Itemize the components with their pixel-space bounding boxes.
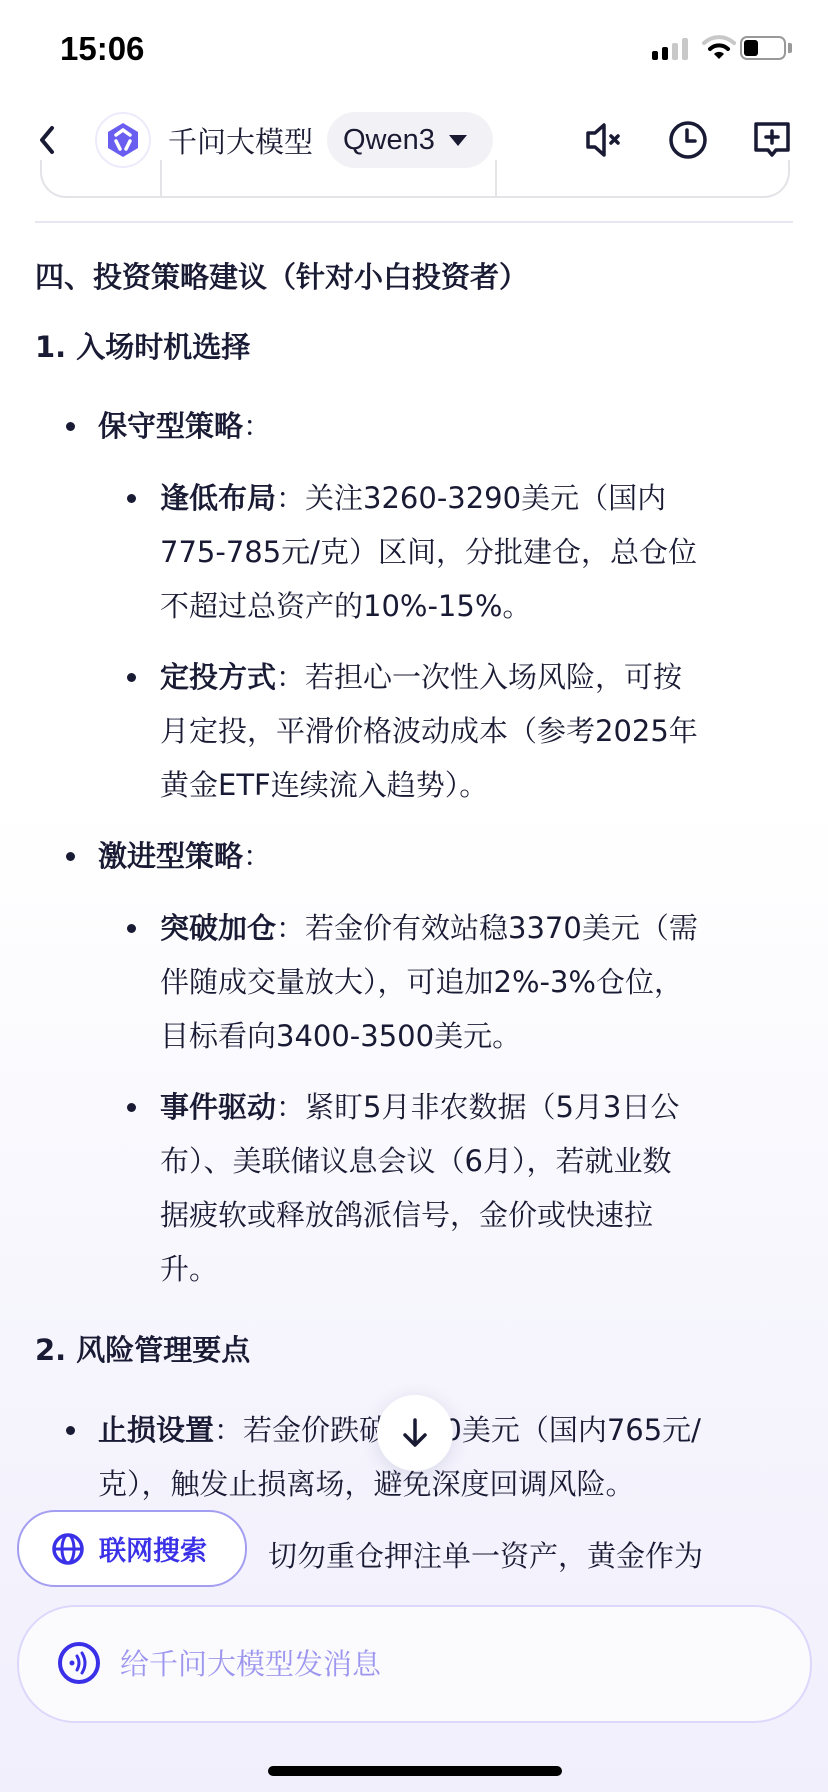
chevron-down-icon	[449, 135, 467, 146]
list-item-text-line: 布）、美联储议息会议（6月），若就业数	[160, 1141, 671, 1181]
back-icon[interactable]	[32, 120, 62, 160]
history-clock-icon[interactable]	[666, 118, 710, 162]
list-item-buy-the-dip: 逢低布局：关注3260-3290美元（国内	[160, 478, 666, 518]
list-item-text-line: 黄金ETF连续流入趋势）。	[160, 765, 488, 805]
status-time: 15:06	[60, 30, 144, 68]
arrow-down-icon	[400, 1416, 430, 1450]
voice-input-icon[interactable]	[57, 1641, 101, 1685]
list-item-aggressive: 激进型策略：	[98, 836, 272, 876]
message-input-placeholder: 给千问大模型发消息	[120, 1642, 381, 1683]
list-item-text-line: 不超过总资产的10%-15%。	[160, 586, 531, 626]
table-bottom-edge	[40, 160, 790, 198]
app-title: 千问大模型	[168, 120, 313, 161]
qwen-logo-icon	[104, 121, 142, 159]
bullet-dot	[66, 422, 75, 431]
list-item-text-line: 775-785元/克）区间，分批建仓，总仓位	[160, 532, 697, 572]
model-selector-label: Qwen3	[343, 124, 435, 157]
section-heading: 四、投资策略建议（针对小白投资者）	[35, 257, 528, 297]
bullet-dot	[127, 494, 136, 503]
list-item-text-line: 据疲软或释放鸽派信号，金价或快速拉	[160, 1195, 653, 1235]
list-item-text-line-partial: 切勿重仓押注单一资产，黄金作为	[268, 1536, 703, 1576]
list-item-text-line: 月定投，平滑价格波动成本（参考2025年	[160, 711, 698, 751]
mute-icon[interactable]	[582, 118, 626, 162]
subsection-heading-risk: 2. 风险管理要点	[35, 1330, 250, 1370]
list-item-text-line: 克），触发止损离场，避免深度回调风险。	[98, 1464, 635, 1504]
subsection-heading-entry-timing: 1. 入场时机选择	[35, 327, 250, 367]
list-item-breakout: 突破加仓：若金价有效站稳3370美元（需	[160, 908, 698, 948]
list-item-conservative: 保守型策略：	[98, 406, 272, 446]
battery-tip	[788, 43, 792, 53]
list-item-event-driven: 事件驱动：紧盯5月非农数据（5月3日公	[160, 1087, 679, 1127]
battery-icon	[740, 36, 786, 60]
bullet-dot	[127, 673, 136, 682]
section-divider	[35, 221, 793, 223]
web-search-button[interactable]: 联网搜索	[17, 1510, 247, 1587]
bullet-dot	[66, 852, 75, 861]
bullet-dot	[66, 1426, 75, 1435]
new-chat-icon[interactable]	[750, 118, 794, 162]
globe-icon	[51, 1532, 85, 1566]
home-indicator	[268, 1766, 562, 1776]
bullet-dot	[127, 924, 136, 933]
list-item-text-line: 目标看向3400-3500美元。	[160, 1016, 521, 1056]
bullet-dot	[127, 1103, 136, 1112]
list-item-dca: 定投方式：若担心一次性入场风险，可按	[160, 657, 682, 697]
scroll-to-bottom-button[interactable]	[377, 1395, 453, 1471]
wifi-icon	[702, 34, 736, 60]
list-item-text-line: 升。	[160, 1249, 218, 1289]
list-item-text-line: 伴随成交量放大），可追加2%-3%仓位，	[160, 962, 683, 1002]
web-search-label: 联网搜索	[99, 1529, 207, 1568]
signal-icon	[652, 38, 688, 60]
